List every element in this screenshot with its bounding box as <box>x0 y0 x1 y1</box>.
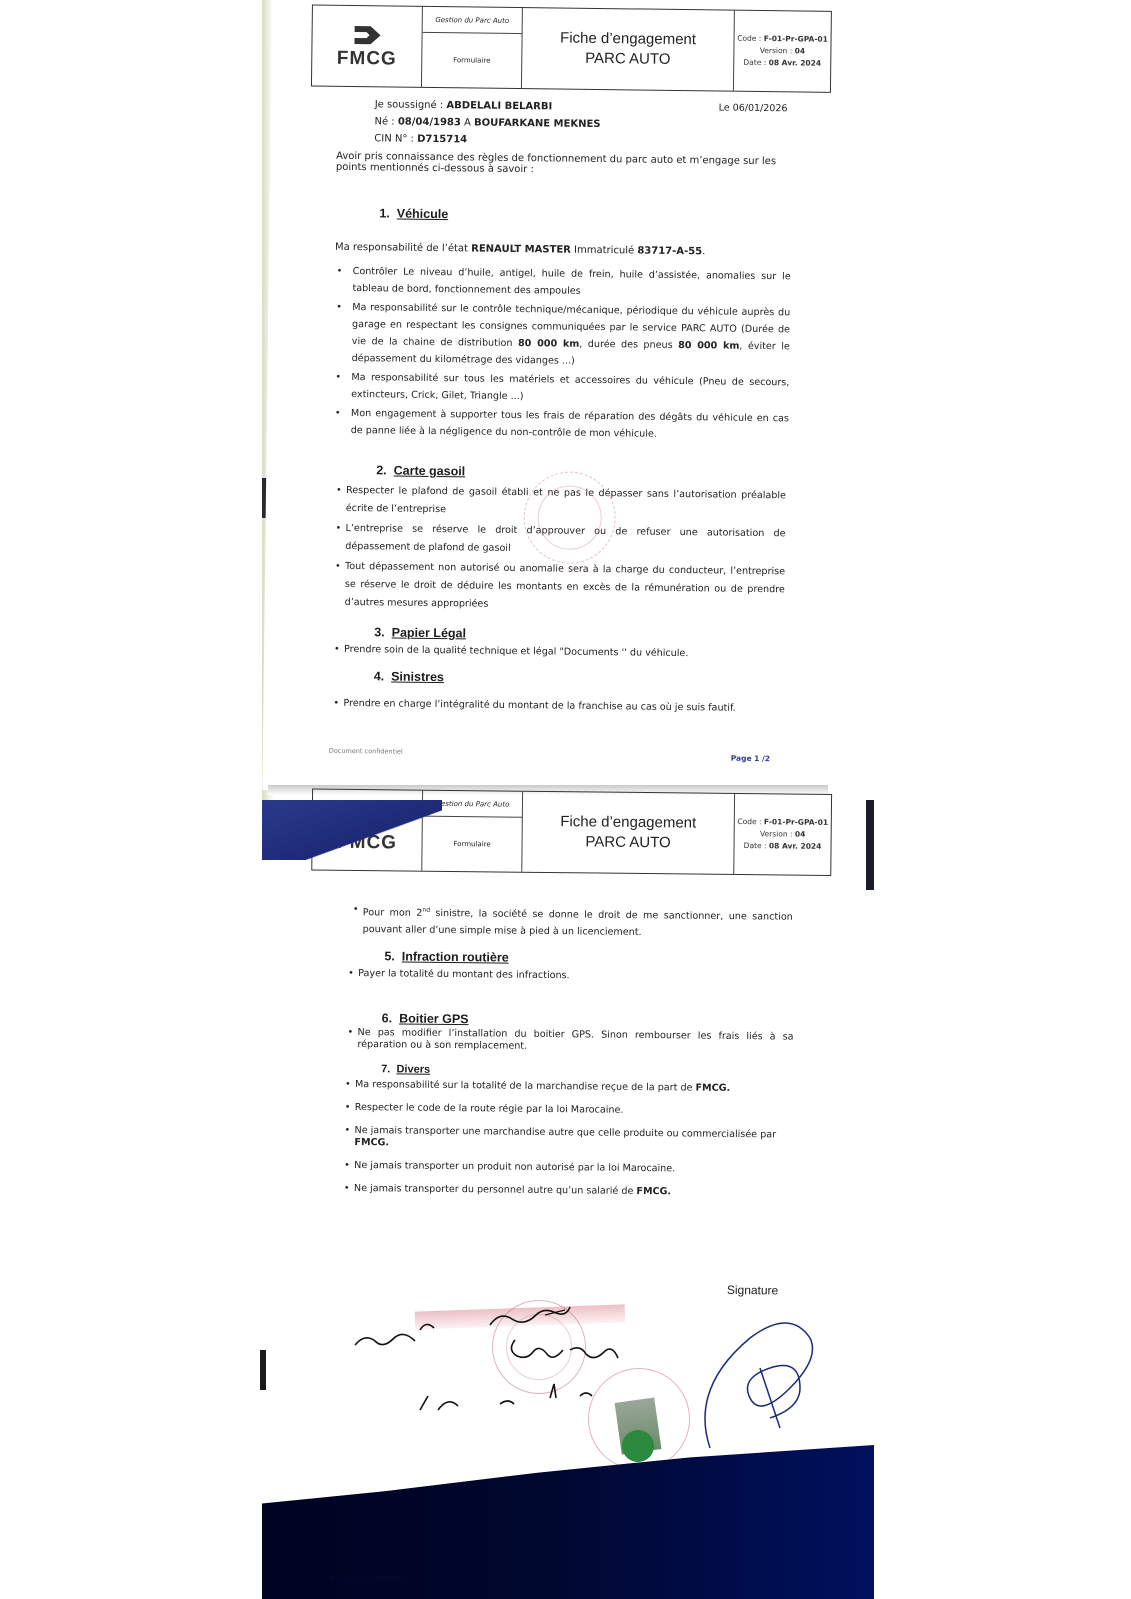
footer-confidential: Document confidentiel <box>329 747 403 756</box>
vehicle-plate: 83717-A-55 <box>637 245 702 257</box>
section-1-title: 1. Véhicule <box>379 206 448 221</box>
list-item: Ma responsabilité sur la totalité de la … <box>345 1079 795 1096</box>
section-6-title: 6. Boitier GPS <box>382 1011 469 1026</box>
photo-artifact <box>260 1350 266 1390</box>
signature-label: Signature <box>727 1283 779 1298</box>
title-line-1: Fiche d’engagement <box>560 812 696 833</box>
list-item: Prendre en charge l’intégralité du monta… <box>333 695 793 718</box>
employee-name: ABDELALI BELARBI <box>446 100 552 112</box>
section-7-list: Ma responsabilité sur la totalité de la … <box>344 1079 795 1211</box>
title-line-2: PARC AUTO <box>585 49 671 70</box>
section-3-list: Prendre soin de la qualité technique et … <box>334 641 784 665</box>
section-3-title: 3. Papier Légal <box>374 625 466 640</box>
document-meta: Code : F-01-Pr-GPA-01 Version : 04 Date … <box>734 11 831 92</box>
document-meta: Code : F-01-Pr-GPA-01 Version : 04 Date … <box>734 794 831 875</box>
logo-arrow-icon <box>350 22 384 48</box>
signature-mark <box>700 1308 820 1458</box>
photo-corner-shadow <box>262 800 442 860</box>
section-4-list: Prendre en charge l’intégralité du monta… <box>333 695 793 720</box>
date-line: Date : 08 Avr. 2024 <box>744 840 822 853</box>
vehicle-responsibility: Ma responsabilité de l’état RENAULT MAST… <box>335 241 706 260</box>
list-item: Mon engagement à supporter tous les frai… <box>333 405 789 445</box>
list-item: Payer la totalité du montant des infract… <box>348 965 788 987</box>
section-4-title: 4. Sinistres <box>374 669 444 684</box>
section-2-title: 2. Carte gasoil <box>376 463 465 478</box>
company-logo: FMCG <box>312 6 423 87</box>
version-line: Version : 04 <box>760 45 805 58</box>
section-4-continued: Pour mon 2nd sinistre, la société se don… <box>353 901 793 945</box>
soussigne-line: Je soussigné : ABDELALI BELARBI <box>375 98 553 114</box>
list-item: Respecter le code de la route régie par … <box>345 1102 795 1119</box>
intro-paragraph: Avoir pris connaissance des règles de fo… <box>336 151 796 179</box>
list-item: Ne pas modifier l’installation du boitie… <box>347 1027 793 1056</box>
document-title: Fiche d’engagement PARC AUTO <box>522 8 735 91</box>
section-5-title: 5. Infraction routière <box>384 949 508 964</box>
section-7-title: 7. Divers <box>381 1063 430 1076</box>
list-item: Pour mon 2nd sinistre, la société se don… <box>353 901 793 943</box>
document-date: Le 06/01/2026 <box>719 101 788 116</box>
list-item: Tout dépassement non autorisé ou anomali… <box>335 558 786 617</box>
footer-page-number: Page 1 /2 <box>731 754 770 763</box>
logo-text: FMCG <box>337 48 397 71</box>
list-item: Ma responsabilité sur tous les matériels… <box>333 369 789 409</box>
page-1: FMCG Gestion du Parc Auto Fiche d’engage… <box>262 0 872 797</box>
document-title: Fiche d’engagement PARC AUTO <box>522 792 735 874</box>
handwritten-annotation <box>350 1300 680 1440</box>
section-5-list: Payer la totalité du montant des infract… <box>348 965 788 989</box>
title-line-2: PARC AUTO <box>585 832 671 853</box>
footer-confidential-obscured: Document confidentiel <box>330 1575 410 1583</box>
list-item: Contrôler Le niveau d’huile, antigel, hu… <box>334 263 790 303</box>
list-item: Ma responsabilité sur le contrôle techni… <box>334 299 791 373</box>
title-line-1: Fiche d’engagement <box>560 29 696 51</box>
vehicle-model: RENAULT MASTER <box>471 243 571 255</box>
list-item: Ne jamais transporter une marchandise au… <box>344 1125 794 1154</box>
list-item: Ne jamais transporter du personnel autre… <box>344 1183 794 1200</box>
department-cell: Gestion du Parc Auto <box>423 7 523 34</box>
code-line: Code : F-01-Pr-GPA-01 <box>737 33 828 46</box>
date-line: Date : 08 Avr. 2024 <box>743 57 821 70</box>
cin-number: D715714 <box>417 134 467 146</box>
cin-line: CIN N° : D715714 <box>374 132 467 147</box>
photo-edge-right <box>866 800 874 890</box>
list-item: Ne jamais transporter un produit non aut… <box>344 1160 794 1177</box>
birth-line: Né : 08/04/1983 A BOUFARKANE MEKNES <box>374 115 600 132</box>
code-line: Code : F-01-Pr-GPA-01 <box>737 816 828 829</box>
section-6-list: Ne pas modifier l’installation du boitie… <box>347 1027 793 1058</box>
doc-type-cell: Formulaire <box>422 33 523 88</box>
list-item: Prendre soin de la qualité technique et … <box>334 641 784 663</box>
document-header: FMCG Gestion du Parc Auto Fiche d’engage… <box>311 4 832 92</box>
version-line: Version : 04 <box>760 828 805 840</box>
section-1-list: Contrôler Le niveau d’huile, antigel, hu… <box>333 263 791 447</box>
